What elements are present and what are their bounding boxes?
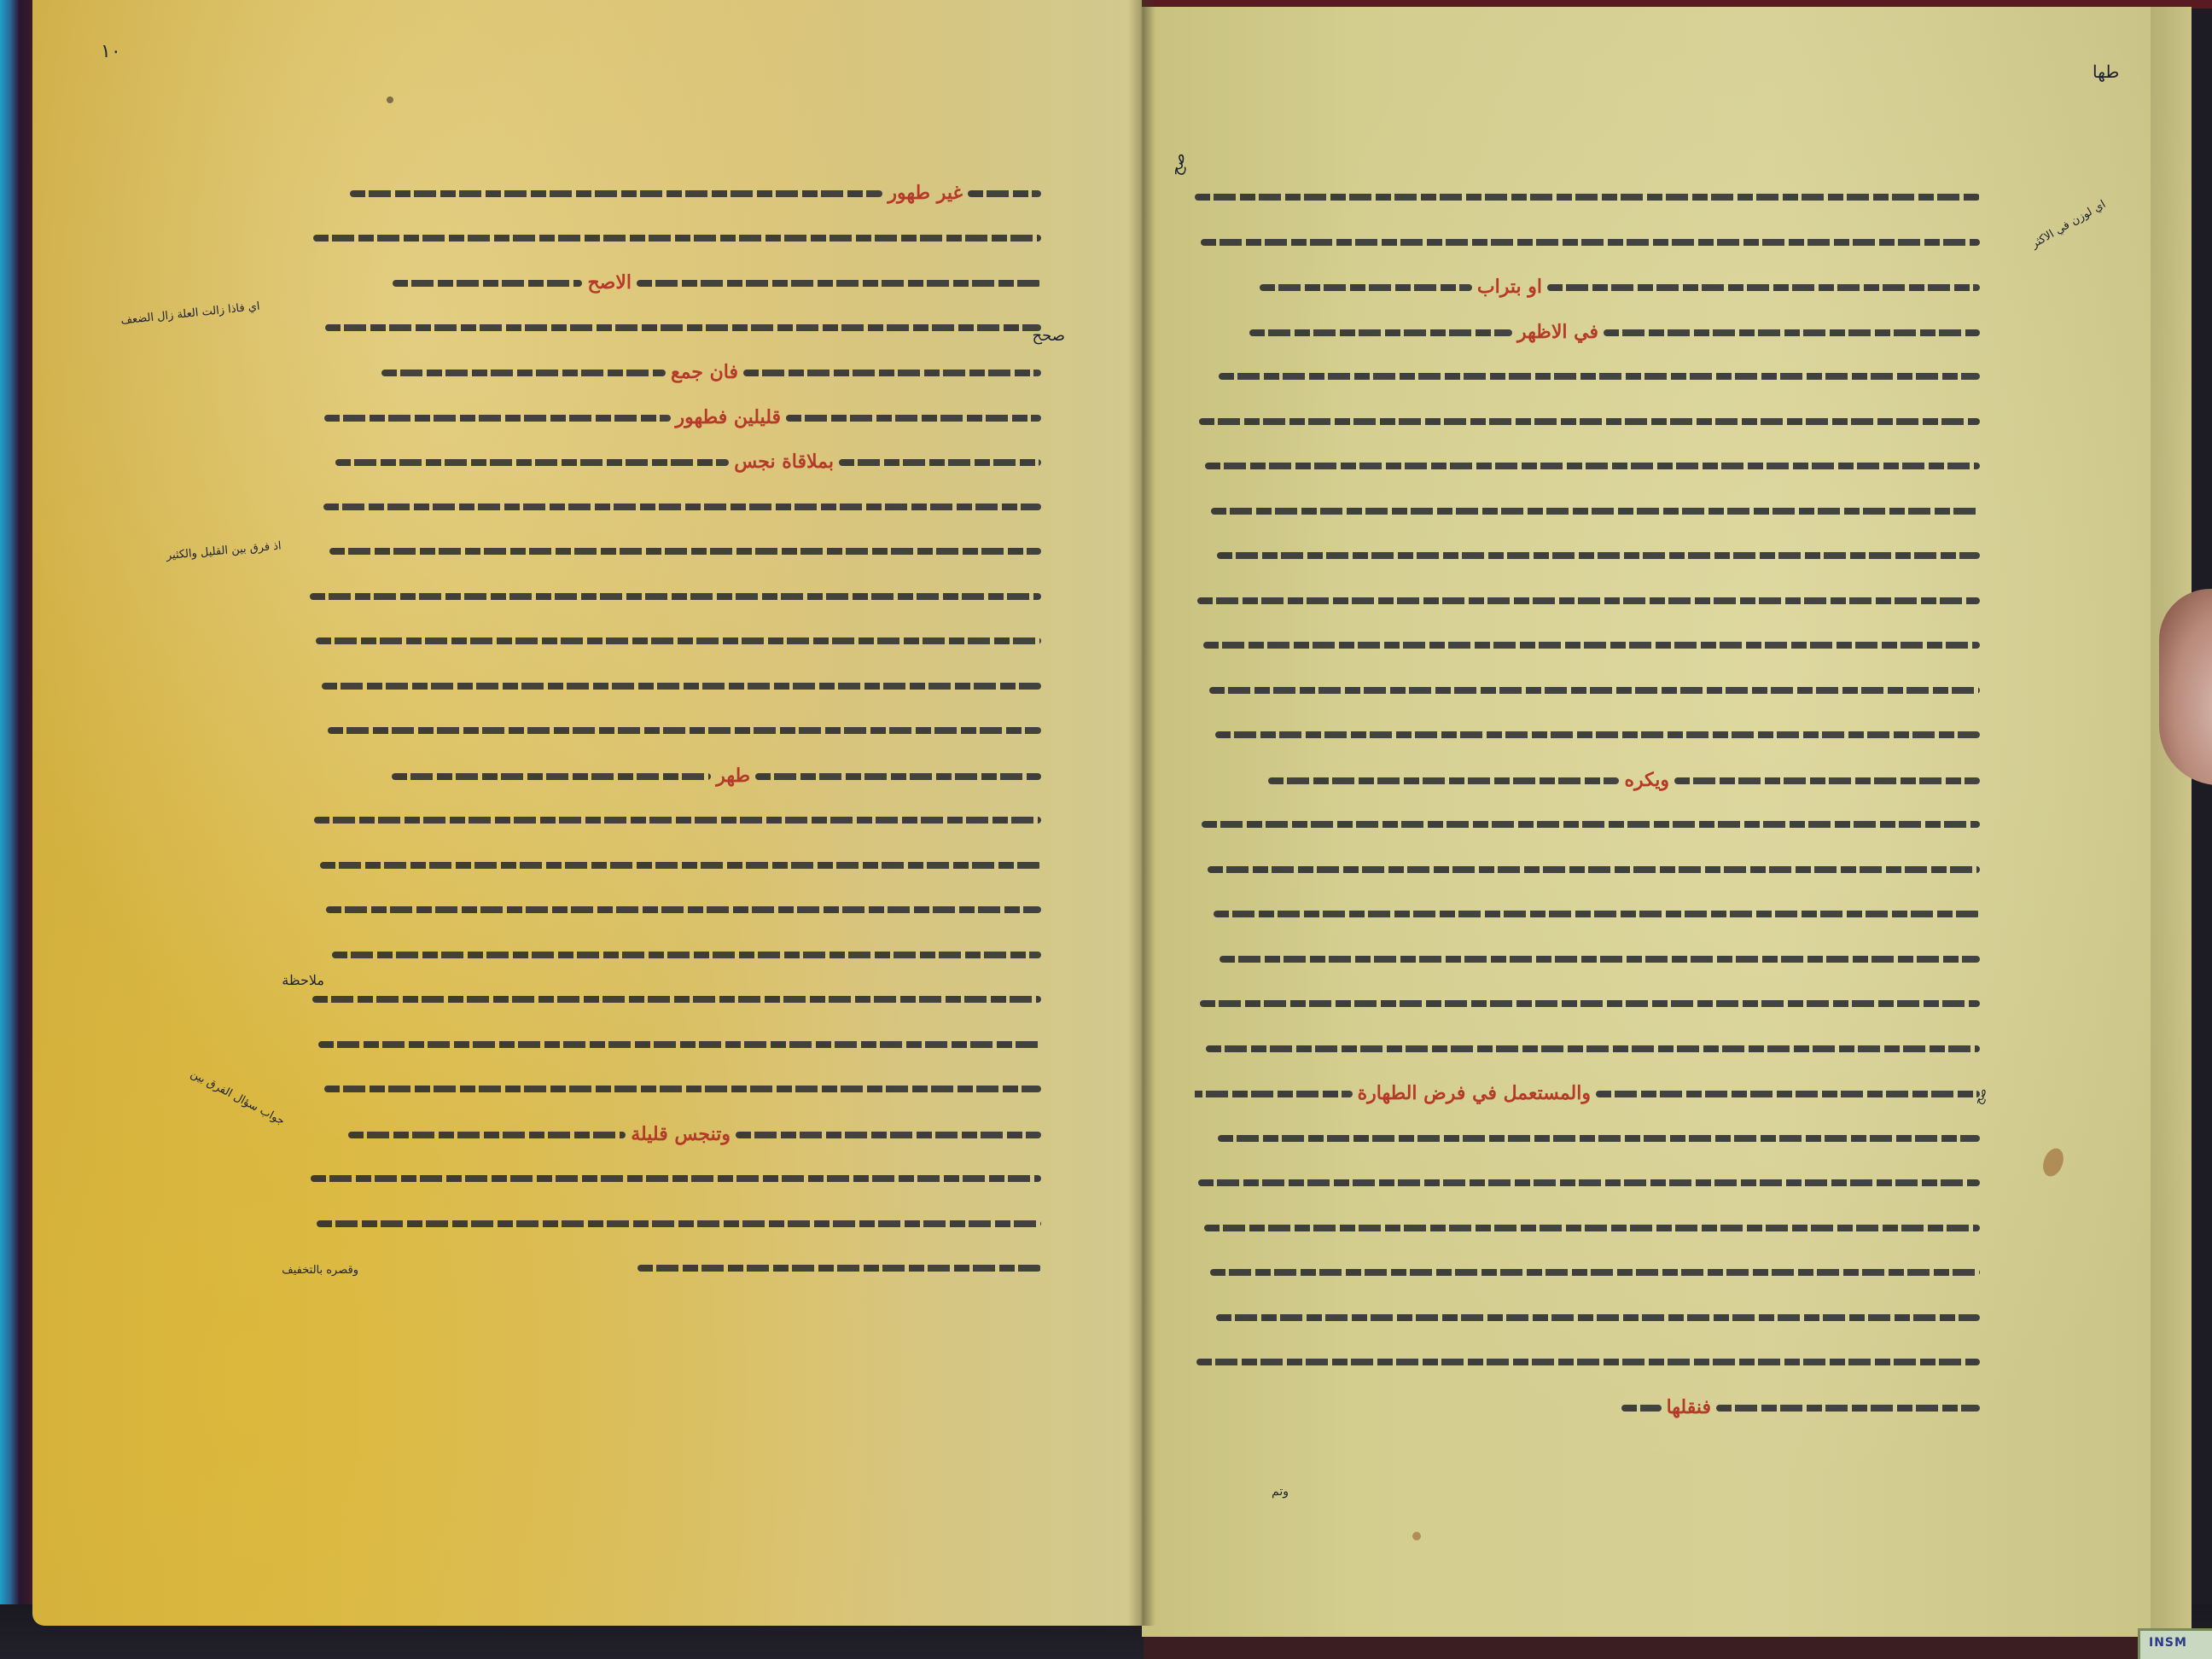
text-line: طهر — [307, 762, 1041, 789]
ink-stroke — [1198, 1179, 1980, 1186]
ink-stroke — [393, 280, 582, 287]
ink-stroke — [1604, 329, 1980, 336]
ink-stroke — [328, 727, 1041, 734]
ink-stroke — [1205, 463, 1980, 469]
text-line — [1195, 856, 1980, 883]
text-line — [307, 538, 1041, 565]
rubric: فان جمع — [671, 361, 738, 383]
text-line — [1195, 1169, 1980, 1196]
ink-stroke — [1204, 1225, 1980, 1231]
catchword-bottom: وتم — [1272, 1485, 1289, 1499]
ink-stroke — [1596, 1091, 1980, 1097]
text-line — [1195, 1035, 1980, 1062]
ink-stroke — [755, 773, 1041, 780]
rubric: وتنجس قليلة — [631, 1123, 731, 1145]
ink-stroke — [1196, 1359, 1980, 1365]
ink-stroke — [1195, 194, 1980, 201]
text-line — [1195, 1348, 1980, 1376]
ink-stroke — [1249, 329, 1512, 336]
text-line: والمستعمل في فرض الطهارة — [1195, 1080, 1980, 1107]
ink-stroke — [1195, 1091, 1353, 1097]
ink-stroke — [324, 415, 671, 422]
ink-stroke — [1621, 1405, 1662, 1412]
book-gutter — [1128, 0, 1155, 1626]
rubric: او بتراب — [1477, 276, 1542, 298]
text-line — [307, 1210, 1041, 1237]
paper-stain — [387, 96, 393, 103]
ink-stroke — [1217, 552, 1980, 559]
text-line — [307, 493, 1041, 521]
ink-stroke — [381, 370, 666, 376]
text-line — [1195, 542, 1980, 569]
ink-stroke — [1203, 642, 1980, 649]
ink-stroke — [637, 1265, 1041, 1272]
holder-thumb — [2159, 589, 2212, 785]
text-line: فنقلها — [1195, 1394, 1980, 1421]
marginal-note: ملاحظة — [273, 973, 324, 988]
ink-stroke — [1210, 1269, 1980, 1276]
marginal-note: صحح — [1022, 329, 1065, 344]
ink-stroke — [326, 906, 1041, 913]
ink-stroke — [1209, 687, 1980, 694]
text-line — [307, 852, 1041, 879]
ink-stroke — [324, 1086, 1041, 1092]
text-line — [307, 1075, 1041, 1103]
ink-stroke — [1211, 508, 1980, 515]
text-line: في الاظهر — [1195, 318, 1980, 346]
ink-stroke — [968, 190, 1041, 197]
text-line — [307, 1254, 1041, 1282]
ink-stroke — [839, 459, 1041, 466]
text-line: ويكره — [1195, 766, 1980, 794]
ink-stroke — [348, 1132, 626, 1138]
text-line: بملاقاة نجس — [307, 448, 1041, 475]
ink-stroke — [323, 504, 1041, 510]
text-line: قليلين فطهور — [307, 404, 1041, 431]
text-line — [1195, 632, 1980, 659]
ink-stroke — [1547, 284, 1980, 291]
text-line — [1195, 1304, 1980, 1331]
text-line — [1195, 1125, 1980, 1152]
ink-stroke — [392, 773, 711, 780]
folio-number: ١٠ — [101, 41, 121, 62]
ink-stroke — [350, 190, 882, 197]
text-line: وتنجس قليلة — [307, 1121, 1041, 1148]
ink-stroke — [1716, 1405, 1980, 1412]
ink-stroke — [1208, 866, 1980, 873]
ink-stroke — [1674, 777, 1980, 784]
left-text-block: غير طهورالاصحفان جمعقليلين فطهوربملاقاة … — [307, 179, 1041, 1300]
ink-stroke — [743, 370, 1041, 376]
text-line — [1195, 990, 1980, 1017]
ink-stroke — [335, 459, 729, 466]
ink-stroke — [1268, 777, 1619, 784]
text-line — [1195, 677, 1980, 704]
text-line — [1195, 183, 1980, 211]
rubric: ويكره — [1624, 769, 1669, 791]
ink-stroke — [1206, 1045, 1980, 1052]
ink-stroke — [637, 280, 1041, 287]
right-page-fold — [2151, 7, 2192, 1637]
ink-stroke — [316, 637, 1041, 644]
ink-stroke — [310, 593, 1041, 600]
text-line — [307, 806, 1041, 834]
ink-stroke — [1260, 284, 1472, 291]
ink-stroke — [318, 1041, 1041, 1048]
text-line — [1195, 1259, 1980, 1286]
binding-edge-bottom — [1144, 1634, 2168, 1659]
ink-stroke — [1199, 418, 1980, 425]
text-line: الاصح — [307, 269, 1041, 296]
paper-stain — [1412, 1532, 1421, 1540]
catchword-top: طها — [2093, 61, 2119, 82]
ink-stroke — [1218, 1135, 1980, 1142]
text-line — [1195, 811, 1980, 838]
ink-stroke — [1220, 956, 1980, 963]
text-line — [1195, 498, 1980, 525]
text-line — [1195, 452, 1980, 480]
ink-stroke — [736, 1132, 1041, 1138]
rubric: فنقلها — [1667, 1396, 1711, 1418]
ink-stroke — [1215, 731, 1980, 738]
text-line — [1195, 1214, 1980, 1242]
ink-stroke — [1216, 1314, 1980, 1321]
rubric: طهر — [716, 765, 750, 787]
text-line — [1195, 946, 1980, 973]
text-line — [1195, 721, 1980, 748]
marginal-note: وقصره بالتخفيف — [256, 1263, 358, 1278]
ink-stroke — [320, 862, 1041, 869]
text-line — [307, 1165, 1041, 1192]
text-line — [307, 224, 1041, 252]
ink-stroke — [317, 1220, 1041, 1227]
text-line: فان جمع — [307, 358, 1041, 386]
text-line — [307, 717, 1041, 744]
text-line — [307, 1031, 1041, 1058]
ink-stroke — [311, 1175, 1041, 1182]
ink-stroke — [312, 996, 1041, 1003]
ink-stroke — [322, 683, 1041, 690]
text-line — [1195, 229, 1980, 256]
text-line — [1195, 363, 1980, 390]
ink-stroke — [325, 324, 1041, 331]
text-line — [307, 627, 1041, 655]
ink-stroke — [1197, 597, 1980, 604]
rubric: والمستعمل في فرض الطهارة — [1358, 1082, 1591, 1104]
ink-stroke — [1200, 1000, 1980, 1007]
ink-stroke — [1202, 821, 1980, 828]
ink-stroke — [1201, 239, 1980, 246]
text-line — [1195, 408, 1980, 435]
rubric: في الاظهر — [1517, 321, 1598, 343]
rubric: غير طهور — [888, 182, 963, 204]
text-line — [1195, 900, 1980, 928]
rubric: الاصح — [587, 271, 632, 294]
ink-stroke — [329, 548, 1041, 555]
text-line — [307, 314, 1041, 341]
rubric: بملاقاة نجس — [734, 451, 834, 473]
text-line — [307, 896, 1041, 923]
ink-stroke — [332, 952, 1041, 958]
ink-stroke — [1214, 911, 1980, 917]
ink-stroke — [314, 817, 1041, 824]
text-line — [307, 672, 1041, 700]
text-line: غير طهور — [307, 179, 1041, 207]
text-line: او بتراب — [1195, 273, 1980, 300]
background-edge-left — [0, 0, 32, 1659]
text-line — [307, 986, 1041, 1013]
ink-stroke — [313, 235, 1041, 242]
shelf-label: INSM — [2138, 1628, 2212, 1659]
right-text-block: او بترابفي الاظهرويكرهوالمستعمل في فرض ا… — [1195, 183, 1980, 1438]
ink-stroke — [786, 415, 1041, 422]
ink-stroke — [1219, 373, 1980, 380]
text-line — [307, 583, 1041, 610]
shelf-label-text: INSM — [2149, 1636, 2187, 1650]
text-line — [307, 941, 1041, 969]
text-line — [1195, 587, 1980, 614]
rubric: قليلين فطهور — [676, 406, 781, 428]
